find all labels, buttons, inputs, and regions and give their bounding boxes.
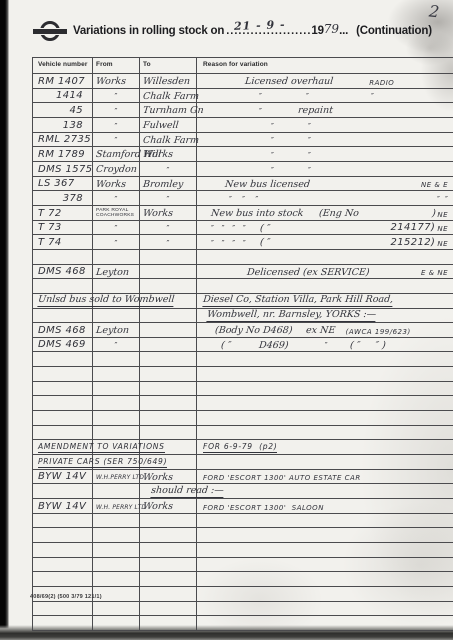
handwritten-text: Licensed overhaul: [245, 77, 334, 87]
handwritten-text: Chalk Farm: [143, 92, 200, 102]
handwritten-text: Works: [143, 502, 174, 512]
table-row: Unlsd bus sold to WombwellDiesel Co, Sta…: [33, 294, 453, 309]
cell-from: ″: [93, 89, 140, 103]
cell-reason: [197, 616, 453, 630]
cell-vehicle-number: [33, 309, 93, 323]
cell-from: [93, 352, 140, 366]
cell-vehicle-number: T 72: [33, 206, 93, 220]
handwritten-text: Fulwell: [143, 121, 180, 131]
cell-to: [140, 528, 197, 542]
cell-vehicle-number: RML 2735: [33, 133, 93, 147]
handwritten-text: 1414: [56, 91, 83, 101]
cell-vehicle-number: [33, 352, 93, 366]
handwritten-text: FORD 'ESCORT 1300' SALOON: [203, 505, 324, 512]
handwritten-text: PRIVATE CARS (SER 750/649): [38, 458, 167, 468]
cell-vehicle-number: 378: [33, 191, 93, 205]
cell-from: [93, 426, 140, 440]
handwritten-text: ex NE: [306, 326, 336, 336]
handwritten-text: ″: [115, 196, 118, 204]
cell-reason: New bus licensedNE & E: [197, 177, 453, 191]
cell-reason: FORD 'ESCORT 1300' AUTO ESTATE CAR: [197, 470, 453, 484]
cell-to: [140, 514, 197, 528]
cell-reason: ″ ″ ″ ″( ″215212)NE: [197, 235, 453, 249]
table-row: 1414″Chalk Farm″″″: [33, 89, 453, 104]
rolling-stock-table: Vehicle numberFromToReason for variation…: [32, 57, 453, 631]
cell-from: [93, 514, 140, 528]
handwritten-text: T 73: [38, 223, 62, 233]
cell-reason: ″″: [197, 118, 453, 132]
handwritten-text: BYW 14V: [38, 472, 86, 482]
cell-to: [140, 382, 197, 396]
handwritten-text: ″: [308, 137, 311, 145]
cell-reason: [197, 558, 453, 572]
cell-vehicle-number: BYW 14V: [33, 499, 93, 513]
handwritten-text: RM 1789: [38, 150, 85, 160]
cell-to: Willesden: [140, 74, 197, 88]
handwritten-text: should read :—: [150, 486, 224, 498]
cell-reason: [197, 514, 453, 528]
roundel-bar: [33, 28, 67, 35]
handwritten-text: (Body No D468): [215, 326, 293, 336]
cell-reason: Licensed overhaulRADIO: [197, 74, 453, 88]
cell-from: [93, 382, 140, 396]
handwritten-text: RM 1407: [38, 77, 85, 87]
handwritten-text: ( ″: [259, 224, 270, 234]
handwritten-text: Delicensed (ex SERVICE): [247, 268, 370, 278]
cell-from: [93, 543, 140, 557]
table-row: DMS 468LeytonDelicensed (ex SERVICE)E & …: [33, 265, 453, 280]
table-row: should read :—: [33, 484, 453, 499]
form-title-line: Variations in rolling stock on .........…: [73, 23, 432, 37]
continuation-label: (Continuation): [356, 25, 432, 37]
column-header-label: From: [96, 61, 113, 68]
handwritten-text: Leyton: [96, 268, 130, 278]
form-title: Variations in rolling stock on: [73, 25, 224, 37]
handwritten-text: T 72: [38, 209, 62, 219]
cell-reason: [197, 367, 453, 381]
handwritten-text: 215212): [390, 238, 435, 248]
table-row: [33, 572, 453, 587]
handwritten-text: ″: [115, 225, 118, 233]
table-row: Wombwell, nr. Barnsley, YORKS :—: [33, 309, 453, 324]
scan-edge-left: [0, 0, 9, 640]
handwritten-text: ″: [308, 123, 311, 131]
table-row: T 73″″″ ″ ″ ″( ″214177)NE: [33, 221, 453, 236]
cell-reason: FOR 6-9-79 (p2): [197, 440, 453, 454]
cell-reason: [197, 396, 453, 410]
cell-to: Chalk Farm: [140, 89, 197, 103]
cell-reason: [197, 382, 453, 396]
cell-vehicle-number: DMS 1575: [33, 162, 93, 176]
handwritten-date: 21 - 9 -: [234, 18, 286, 33]
cell-to: Works: [140, 499, 197, 513]
cell-from: [93, 396, 140, 410]
column-header-label: Reason for variation: [203, 61, 268, 68]
handwritten-text: ″ ″: [437, 196, 448, 204]
handwritten-text: 214177): [390, 223, 435, 233]
cell-vehicle-number: 138: [33, 118, 93, 132]
handwritten-text: ″: [115, 137, 118, 145]
table-row: RML 2735″Chalk Farm″″: [33, 133, 453, 148]
cell-vehicle-number: [33, 484, 93, 498]
handwritten-text: ″: [167, 196, 170, 204]
handwritten-text: ″: [259, 93, 262, 101]
cell-vehicle-number: RM 1789: [33, 147, 93, 161]
cell-reason: [197, 411, 453, 425]
cell-to: [140, 367, 197, 381]
cell-reason: ″ ″ ″ ″( ″214177)NE: [197, 221, 453, 235]
cell-vehicle-number: [33, 279, 93, 293]
table-row: [33, 543, 453, 558]
table-row: [33, 602, 453, 617]
handwritten-text: ″: [325, 342, 328, 350]
cell-from: [93, 602, 140, 616]
cell-from: [93, 558, 140, 572]
cell-reason: [197, 484, 453, 498]
table-row: 138″Fulwell″″: [33, 118, 453, 133]
trailing-dots: ...: [339, 25, 348, 37]
table-row: 45″Turnham Gn″repaint: [33, 103, 453, 118]
cell-vehicle-number: AMENDMENT TO VARIATIONS: [33, 440, 93, 454]
handwritten-text: Works: [143, 209, 174, 219]
handwritten-text: DMS 468: [38, 326, 86, 336]
cell-from: [93, 250, 140, 264]
table-row: [33, 411, 453, 426]
handwritten-text: Works: [96, 77, 127, 87]
handwritten-text: LS 367: [38, 179, 75, 189]
handwritten-text: ″: [115, 108, 118, 116]
handwritten-text: D469): [259, 341, 289, 351]
cell-from: ″: [93, 235, 140, 249]
cell-to: Bromley: [140, 177, 197, 191]
cell-reason: [197, 528, 453, 542]
cell-vehicle-number: DMS 468: [33, 323, 93, 337]
handwritten-text: RML 2735: [38, 135, 91, 145]
handwritten-text: Turnham Gn: [143, 106, 205, 116]
cell-vehicle-number: [33, 514, 93, 528]
column-header-label: Vehicle number: [38, 61, 87, 68]
cell-to: Works: [140, 470, 197, 484]
handwritten-text: ( ″ ″ ): [349, 341, 386, 351]
cell-reason: [197, 587, 453, 601]
cell-vehicle-number: 45: [33, 103, 93, 117]
cell-vehicle-number: [33, 543, 93, 557]
table-row: [33, 279, 453, 294]
table-row: [33, 558, 453, 573]
handwritten-text: ″: [271, 152, 274, 160]
handwritten-text: RADIO: [369, 80, 394, 87]
handwritten-text: ″: [167, 225, 170, 233]
cell-vehicle-number: [33, 426, 93, 440]
handwritten-text: ″: [271, 137, 274, 145]
handwritten-text: AMENDMENT TO VARIATIONS: [38, 443, 165, 453]
cell-vehicle-number: [33, 250, 93, 264]
handwritten-text: ″: [167, 240, 170, 248]
table-body: RM 1407WorksWillesdenLicensed overhaulRA…: [33, 74, 453, 631]
handwritten-text: DMS 1575: [38, 165, 93, 175]
cell-vehicle-number: 1414: [33, 89, 93, 103]
handwritten-text: 45: [69, 106, 83, 116]
cell-to: [140, 411, 197, 425]
handwritten-page-number: 2: [428, 2, 440, 22]
cell-reason: ″″: [197, 162, 453, 176]
handwritten-text: NE: [437, 241, 448, 248]
cell-from: [93, 411, 140, 425]
cell-from: Croydon: [93, 162, 140, 176]
cell-from: [93, 528, 140, 542]
cell-vehicle-number: LS 367: [33, 177, 93, 191]
cell-reason: ″ ″ ″″ ″: [197, 191, 453, 205]
handwritten-text: Croydon: [96, 165, 138, 175]
table-row: [33, 250, 453, 265]
handwritten-text: W.H. PERRY LTD: [96, 506, 146, 512]
handwritten-text: NE: [437, 212, 448, 219]
cell-reason: [197, 543, 453, 557]
handwritten-text: Leyton: [96, 326, 130, 336]
cell-vehicle-number: RM 1407: [33, 74, 93, 88]
table-row: AMENDMENT TO VARIATIONSFOR 6-9-79 (p2): [33, 440, 453, 455]
cell-vehicle-number: [33, 616, 93, 630]
table-row: [33, 367, 453, 382]
handwritten-text: Bromley: [143, 180, 184, 190]
cell-vehicle-number: [33, 411, 93, 425]
cell-from: Leyton: [93, 265, 140, 279]
cell-to: ″: [140, 162, 197, 176]
cell-to: ″: [140, 191, 197, 205]
handwritten-text: New bus licensed: [225, 180, 311, 190]
cell-to: should read :—: [140, 484, 197, 498]
cell-reason: ″″: [197, 133, 453, 147]
cell-to: [140, 572, 197, 586]
table-row: [33, 382, 453, 397]
handwritten-text: 138: [63, 121, 83, 131]
cell-to: Chalk Farm: [140, 133, 197, 147]
cell-to: [140, 279, 197, 293]
cell-to: [140, 616, 197, 630]
handwritten-text: 378: [63, 194, 83, 204]
handwritten-text: ″: [259, 108, 262, 116]
table-row: DMS 469″( ″D469)″( ″ ″ ): [33, 338, 453, 353]
cell-reason: Delicensed (ex SERVICE)E & NE: [197, 265, 453, 279]
handwritten-text: ″: [371, 93, 374, 101]
handwritten-text: NE: [437, 226, 448, 233]
cell-to: [140, 587, 197, 601]
cell-to: Works: [140, 147, 197, 161]
cell-to: [140, 602, 197, 616]
handwritten-text: repaint: [298, 106, 334, 116]
cell-reason: ″″″: [197, 89, 453, 103]
table-row: LS 367WorksBromleyNew bus licensedNE & E: [33, 177, 453, 192]
cell-vehicle-number: T 73: [33, 221, 93, 235]
cell-from: [93, 484, 140, 498]
table-row: [33, 514, 453, 529]
column-header-label: To: [143, 61, 151, 68]
cell-to: [140, 396, 197, 410]
handwritten-text: (Eng No: [319, 209, 360, 219]
handwritten-text: ″: [115, 123, 118, 131]
cell-from: [93, 616, 140, 630]
cell-to: Turnham Gn: [140, 103, 197, 117]
handwritten-text: ( ″: [221, 341, 232, 351]
cell-vehicle-number: [33, 602, 93, 616]
table-row: T 74″″″ ″ ″ ″( ″215212)NE: [33, 235, 453, 250]
cell-vehicle-number: BYW 14V: [33, 470, 93, 484]
column-header-reason: Reason for variation: [197, 58, 453, 73]
handwritten-text: DMS 468: [38, 267, 86, 277]
year-printed: 19: [311, 25, 323, 37]
cell-to: ″: [140, 221, 197, 235]
handwritten-text: ″: [271, 167, 274, 175]
cell-to: [140, 323, 197, 337]
cell-reason: [197, 352, 453, 366]
cell-to: Fulwell: [140, 118, 197, 132]
cell-to: [140, 426, 197, 440]
cell-from: ″: [93, 191, 140, 205]
cell-to: ″: [140, 235, 197, 249]
handwritten-text: Unlsd bus sold to Wombwell: [37, 295, 175, 307]
table-header-row: Vehicle numberFromToReason for variation: [33, 57, 453, 74]
table-row: 378″″″ ″ ″″ ″: [33, 191, 453, 206]
column-header-to: To: [140, 58, 197, 73]
cell-vehicle-number: [33, 528, 93, 542]
handwritten-text: Works: [96, 180, 127, 190]
cell-reason: [197, 572, 453, 586]
table-row: [33, 396, 453, 411]
cell-reason: FORD 'ESCORT 1300' SALOON: [197, 499, 453, 513]
handwritten-text: ″: [271, 123, 274, 131]
table-row: [33, 616, 453, 631]
cell-from: Leyton: [93, 323, 140, 337]
cell-reason: Diesel Co, Station Villa, Park Hill Road…: [197, 294, 453, 308]
cell-vehicle-number: [33, 558, 93, 572]
handwritten-text: ″ ″ ″: [229, 196, 258, 204]
cell-vehicle-number: [33, 367, 93, 381]
cell-to: [140, 309, 197, 323]
handwritten-text: ″: [306, 93, 309, 101]
handwritten-text: ″ ″ ″ ″: [211, 225, 246, 233]
table-row: DMS 468Leyton(Body No D468)ex NE(AWCA 19…: [33, 323, 453, 338]
cell-to: [140, 338, 197, 352]
cell-reason: ″repaint: [197, 103, 453, 117]
table-row: PRIVATE CARS (SER 750/649): [33, 455, 453, 470]
cell-vehicle-number: DMS 469: [33, 338, 93, 352]
cell-vehicle-number: T 74: [33, 235, 93, 249]
handwritten-text: ″: [115, 240, 118, 248]
cell-from: Works: [93, 177, 140, 191]
handwritten-text: ″: [115, 93, 118, 101]
cell-reason: [197, 602, 453, 616]
cell-from: ″: [93, 103, 140, 117]
scanned-form-page: Variations in rolling stock on .........…: [0, 0, 453, 640]
cell-reason: New bus into stock(Eng No)NE: [197, 206, 453, 220]
handwritten-text: New bus into stock: [211, 209, 304, 219]
handwritten-text: Works: [143, 473, 174, 483]
cell-vehicle-number: [33, 572, 93, 586]
cell-from: [93, 279, 140, 293]
handwritten-text: FOR 6-9-79 (p2): [203, 443, 277, 453]
handwritten-text: ): [431, 209, 436, 219]
cell-vehicle-number: [33, 396, 93, 410]
table-row: RM 1407WorksWillesdenLicensed overhaulRA…: [33, 74, 453, 89]
column-header-vehicle-number: Vehicle number: [33, 58, 93, 73]
handwritten-text: Diesel Co, Station Villa, Park Hill Road…: [202, 295, 393, 307]
cell-from: Works: [93, 74, 140, 88]
handwritten-text: ″: [308, 167, 311, 175]
handwritten-text: ″ ″ ″ ″: [211, 240, 246, 248]
handwritten-text: T 74: [38, 238, 62, 248]
cell-from: [93, 572, 140, 586]
cell-to: [140, 265, 197, 279]
handwritten-text: Wombwell, nr. Barnsley, YORKS :—: [206, 310, 376, 322]
handwritten-text: ″: [115, 342, 118, 350]
cell-reason: [197, 250, 453, 264]
handwritten-year: 79: [324, 22, 339, 36]
cell-reason: [197, 455, 453, 469]
handwritten-text: NE & E: [421, 182, 448, 189]
cell-reason: (Body No D468)ex NE(AWCA 199/623): [197, 323, 453, 337]
table-row: DMS 1575Croydon″″″: [33, 162, 453, 177]
handwritten-text: W.H.PERRY LTD: [96, 476, 144, 482]
handwritten-text: BYW 14V: [38, 502, 86, 512]
cell-reason: ( ″D469)″( ″ ″ ): [197, 338, 453, 352]
handwritten-text: FORD 'ESCORT 1300' AUTO ESTATE CAR: [203, 475, 361, 482]
cell-to: [140, 558, 197, 572]
handwritten-text: Willesden: [143, 77, 191, 87]
cell-from: [93, 309, 140, 323]
cell-to: [140, 543, 197, 557]
cell-from: W.H. PERRY LTD: [93, 499, 140, 513]
table-row: RM 1789Stamford HillWorks″″: [33, 147, 453, 162]
form-reference-number: 408/69(2) (500 3/79 121/1): [30, 594, 102, 600]
cell-from: ″: [93, 133, 140, 147]
cell-from: ″: [93, 118, 140, 132]
cell-vehicle-number: Unlsd bus sold to Wombwell: [33, 294, 93, 308]
cell-from: [93, 367, 140, 381]
table-row: BYW 14VW.H.PERRY LTDWorksFORD 'ESCORT 13…: [33, 470, 453, 485]
cell-from: W.H.PERRY LTD: [93, 470, 140, 484]
column-header-from: From: [93, 58, 140, 73]
cell-from: PARK ROYAL COACHWORKS: [93, 206, 140, 220]
cell-vehicle-number: PRIVATE CARS (SER 750/649): [33, 455, 93, 469]
handwritten-text: ( ″: [259, 238, 270, 248]
cell-vehicle-number: DMS 468: [33, 265, 93, 279]
handwritten-text: ″: [308, 152, 311, 160]
cell-from: ″: [93, 338, 140, 352]
handwritten-text: PARK ROYAL COACHWORKS: [96, 209, 138, 219]
cell-to: [140, 250, 197, 264]
cell-vehicle-number: [33, 382, 93, 396]
cell-reason: ″″: [197, 147, 453, 161]
handwritten-text: Chalk Farm: [143, 136, 200, 146]
handwritten-text: ″: [167, 167, 170, 175]
cell-from: Stamford Hill: [93, 147, 140, 161]
table-row: [33, 528, 453, 543]
table-row: BYW 14VW.H. PERRY LTDWorksFORD 'ESCORT 1…: [33, 499, 453, 514]
handwritten-text: DMS 469: [38, 340, 86, 350]
london-transport-roundel-icon: [33, 20, 67, 42]
handwritten-text: Works: [143, 150, 174, 160]
table-row: T 72PARK ROYAL COACHWORKSWorksNew bus in…: [33, 206, 453, 221]
table-row: [33, 426, 453, 441]
handwritten-text: E & NE: [421, 270, 448, 277]
cell-from: ″: [93, 221, 140, 235]
table-row: [33, 352, 453, 367]
cell-reason: Wombwell, nr. Barnsley, YORKS :—: [197, 309, 453, 323]
cell-to: Works: [140, 206, 197, 220]
cell-to: [140, 352, 197, 366]
date-dotted-line: .....................21 - 9 -: [226, 25, 311, 37]
cell-reason: [197, 426, 453, 440]
